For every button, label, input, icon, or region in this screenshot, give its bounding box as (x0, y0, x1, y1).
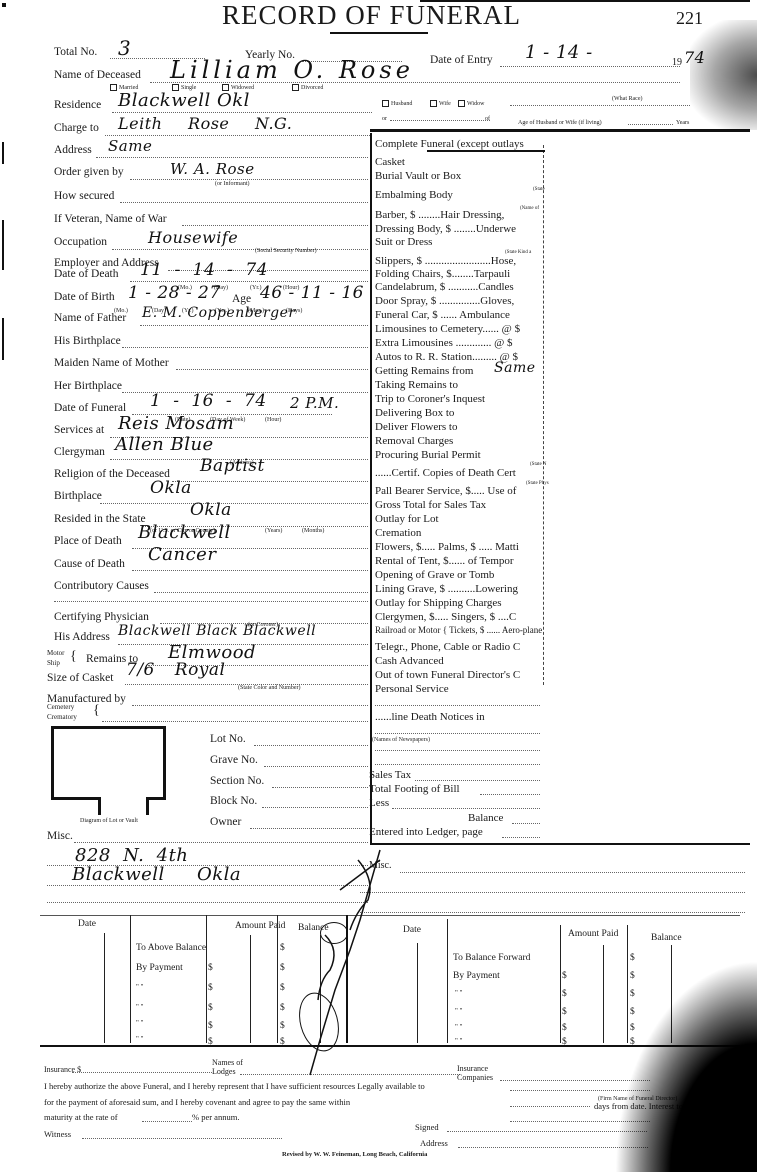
fee-item: Casket (375, 157, 545, 168)
total-no-label: Total No. (54, 47, 97, 59)
residence-value: Blackwell Okl (118, 92, 250, 110)
fee-item: Lining Grave, $ ..........Lowering (375, 584, 545, 595)
total-footing-line (480, 794, 540, 795)
religion-value: Baptist (200, 458, 265, 475)
insurance-line (72, 1072, 212, 1073)
order-given-by-line (130, 179, 368, 180)
cemetery-label: Cemetery (47, 704, 74, 711)
occupation-value: Housewife (148, 230, 238, 246)
grave-no-line (264, 766, 368, 767)
how-secured-label: How secured (54, 191, 114, 203)
names-of-label: Names of (212, 1059, 243, 1067)
services-at-label: Services at (54, 425, 104, 437)
currency: $ (208, 963, 213, 973)
fee-item: Telegr., Phone, Cable or Radio C (375, 642, 545, 653)
birthplace-label: Birthplace (54, 491, 102, 503)
title-underline (330, 32, 428, 34)
revised-by: Revised by W. W. Feineman, Long Beach, C… (282, 1152, 427, 1159)
name-of-father-label: Name of Father (54, 313, 126, 325)
address-line (96, 157, 368, 158)
getting-remains-value: Same (494, 361, 536, 375)
occupation-line (112, 249, 368, 250)
ledger-left-row: To Above Balance (126, 943, 206, 953)
fee-item: Gross Total for Sales Tax (375, 500, 545, 511)
newspapers-note: (Names of Newspapers) (372, 737, 430, 743)
fees-bottom-rule (370, 843, 750, 845)
fee-item: Rental of Tent, $...... of Tempor (375, 556, 545, 567)
contributory-causes-label: Contributory Causes (54, 581, 149, 593)
checkbox-husband[interactable]: Husband (382, 100, 412, 107)
contributory-line-2 (54, 601, 368, 602)
fee-item: Delivering Box to (375, 408, 545, 419)
date-of-entry-label: Date of Entry (430, 55, 493, 67)
fee-item: Out of town Funeral Director's C (375, 670, 545, 681)
brace: { (70, 650, 77, 664)
less-label: Less (369, 798, 389, 809)
lodges-label: Lodges (212, 1068, 236, 1076)
race-line (510, 105, 690, 106)
ssn-note: (Social Security Number) (255, 248, 317, 254)
religion-line (172, 481, 368, 482)
entered-into-ledger-label: Entered into Ledger, page (369, 827, 483, 838)
her-birthplace-label: Her Birthplace (54, 381, 122, 393)
grave-no-label: Grave No. (210, 755, 258, 767)
diagram-caption: Diagram of Lot or Vault (80, 818, 138, 824)
fee-item: Clergymen, $..... Singers, $ ....C (375, 612, 545, 623)
name-of-deceased-value: Lilliam O. Rose (170, 58, 414, 82)
name-of-father-line (140, 325, 368, 326)
date-of-entry-year-prefix: 19 (672, 58, 682, 68)
contributory-line (154, 592, 368, 593)
funeral-sub-hour: (Hour) (265, 417, 281, 423)
fee-item: Taking Remains to (375, 380, 545, 391)
currency: $ (562, 971, 567, 981)
fee-item: Outlay for Shipping Charges (375, 598, 545, 609)
ledger-right-row: To Balance Forward (453, 953, 530, 963)
how-secured-line (120, 202, 368, 203)
fee-item: Slippers, $ ........................Hose… (375, 256, 545, 267)
ledger-left-row: " " (136, 983, 143, 991)
misc-right-line (400, 872, 745, 873)
maiden-name-label: Maiden Name of Mother (54, 358, 169, 370)
ledger-left-row: " " (136, 1019, 143, 1027)
residence-line (112, 112, 372, 113)
fee-item: Limousines to Cemetery...... @ $ (375, 324, 545, 335)
balance-line (512, 823, 540, 824)
lodges-line (240, 1074, 460, 1075)
misc-line1-value: 828 N. 4th (75, 847, 188, 865)
misc-line2-value: Blackwell Okla (72, 866, 241, 884)
balance-label: Balance (468, 813, 503, 824)
owner-line (250, 828, 368, 829)
fee-blank-line (375, 733, 540, 734)
ledger-right-date-split (417, 943, 418, 1043)
lot-diagram-bottom-right (146, 797, 166, 800)
lot-no-line (254, 745, 368, 746)
size-of-casket-value: 7/6 Royal (126, 662, 225, 679)
fee-item: ......line Death Notices in (375, 712, 545, 723)
ledger-right-col-line (447, 919, 448, 1043)
ledger-page-line (502, 837, 540, 838)
fee-note: (State Kind a (505, 250, 531, 255)
date-of-funeral-hour: 2 P.M. (290, 396, 339, 411)
scan-smudge-top (690, 20, 757, 130)
spouse-or: or (382, 116, 387, 122)
fee-note: (State N (530, 462, 547, 467)
resided-sub-years: (Years) (265, 528, 282, 534)
manufactured-by-line (132, 705, 368, 706)
fee-item: Candelabrum, $ ...........Candles (375, 282, 545, 293)
residence-label: Residence (54, 100, 101, 112)
cause-of-death-line (132, 570, 368, 571)
signed-label: Signed (415, 1123, 439, 1132)
fee-item: Procuring Burial Permit (375, 450, 545, 461)
section-no-label: Section No. (210, 776, 264, 788)
birthplace-value: Okla (150, 480, 192, 497)
fee-blank-line (375, 705, 540, 706)
date-of-death-label: Date of Death (54, 269, 119, 281)
ledger-left-row: " " (136, 1003, 143, 1011)
name-of-father-value: E. M. Coppenberger (142, 306, 296, 320)
order-given-by-value: W. A. Rose (170, 162, 255, 177)
top-rule (420, 0, 750, 2)
charge-to-value: Leith Rose N.G. (118, 116, 292, 132)
spouse-or-line (390, 120, 490, 121)
his-address-value: Blackwell Black Blackwell (118, 624, 316, 638)
owner-label: Owner (210, 817, 241, 829)
date-of-funeral-label: Date of Funeral (54, 403, 126, 415)
currency: $ (562, 1023, 567, 1033)
informant-note: (or Informant) (215, 181, 250, 187)
ledger-right-col-line (560, 925, 561, 1043)
place-of-death-value: Blackwell (138, 524, 231, 542)
within-blank (510, 1106, 590, 1107)
what-race-label: (What Race) (612, 96, 642, 102)
veteran-label: If Veteran, Name of War (54, 214, 167, 226)
ledger-right-row: " " (455, 989, 462, 997)
casket-note: (State Color and Number) (238, 685, 300, 691)
fee-item: Flowers, $..... Palms, $ ..... Matti (375, 542, 545, 553)
date-of-entry-value: 1 - 14 - (525, 44, 593, 62)
clergyman-value: Allen Blue (115, 436, 214, 454)
ledger-left-date-header: Date (78, 919, 96, 929)
date-of-funeral-value: 1 - 16 - 74 (150, 393, 267, 410)
address-value: Same (108, 139, 152, 154)
fee-item: Railroad or Motor { Tickets, $ ...... Ae… (375, 626, 545, 635)
sales-tax-label: Sales Tax (369, 770, 411, 781)
maturity-line: maturity at the rate of (44, 1113, 118, 1122)
fee-item: Cash Advanced (375, 656, 545, 667)
percent-per-annum: % per annum. (192, 1113, 239, 1122)
ink-stroke (280, 840, 400, 1080)
ledger-left-col-line (277, 915, 278, 1043)
total-footing-label: Total Footing of Bill (369, 784, 460, 795)
name-of-deceased-label: Name of Deceased (54, 70, 141, 82)
charge-to-line (105, 135, 370, 136)
ledger-left-amount-split (250, 935, 251, 1043)
age-of-spouse-line (628, 124, 673, 125)
fee-blank-line (375, 750, 540, 751)
coroner-note: (or Coroner) (248, 622, 278, 628)
resided-in-state-value: Okla (190, 502, 232, 519)
fee-item: Burial Vault or Box (375, 171, 545, 182)
brace: { (93, 704, 100, 718)
currency: $ (562, 1007, 567, 1017)
ledger-right-row: " " (455, 1037, 462, 1045)
age-of-spouse-label: Age of Husband or Wife (if living) (518, 120, 602, 126)
fee-item: Trip to Coroner's Inquest (375, 394, 545, 405)
fee-item: Cremation (375, 528, 545, 539)
ledger-left-row: " " (136, 1035, 143, 1043)
his-birthplace-label: His Birthplace (54, 336, 121, 348)
fee-item: Opening of Grave or Tomb (375, 570, 545, 581)
resided-sub-months: (Months) (302, 528, 324, 534)
lot-no-label: Lot No. (210, 734, 246, 746)
occupation-label: Occupation (54, 237, 107, 249)
currency: $ (208, 1021, 213, 1031)
rate-blank (142, 1121, 192, 1122)
his-address-label: His Address (54, 632, 110, 644)
maiden-name-line (176, 369, 368, 370)
place-of-death-label: Place of Death (54, 536, 122, 548)
binding-mark (2, 220, 4, 270)
lot-diagram-stub-left (98, 797, 101, 815)
ledger-left-col-line (206, 915, 207, 1043)
lot-diagram-bottom-left (51, 797, 101, 800)
fee-item: Outlay for Lot (375, 514, 545, 525)
date-of-birth-value: 1 - 28 - 27 (128, 285, 221, 302)
lot-diagram (51, 726, 166, 800)
witness-line (82, 1138, 282, 1139)
currency: $ (208, 983, 213, 993)
date-of-death-line (130, 281, 368, 282)
ledger-left-col-line (130, 915, 131, 1043)
fee-item: Funeral Car, $ ...... Ambulance (375, 310, 545, 321)
payment-line: for the payment of aforesaid sum, and I … (44, 1098, 350, 1107)
size-of-casket-label: Size of Casket (47, 673, 113, 685)
charge-to-label: Charge to (54, 123, 99, 135)
section-no-line (272, 787, 368, 788)
currency: $ (208, 1003, 213, 1013)
age-value: 46 - 11 - 16 (260, 285, 364, 302)
spouse-of: of (485, 116, 490, 122)
date-of-death-value: 11 - 14 - 74 (140, 262, 268, 279)
years-label: Years (676, 120, 689, 126)
fee-item: Dressing Body, $ ........Underwe (375, 224, 545, 235)
ledger-left-date-split (104, 933, 105, 1043)
block-no-line (262, 807, 368, 808)
address-label-footer: Address (420, 1139, 448, 1148)
fee-item: Embalming Body (375, 190, 545, 201)
ship-label: Ship (47, 660, 60, 667)
witness-label: Witness (44, 1130, 71, 1139)
resided-in-state-label: Resided in the State (54, 514, 146, 526)
his-birthplace-line (122, 347, 368, 348)
fee-item: Door Spray, $ ...............Gloves, (375, 296, 545, 307)
fee-item: Suit or Dress (375, 237, 545, 248)
fee-item: Complete Funeral (except outlays (375, 139, 545, 150)
binding-mark (2, 318, 4, 360)
fee-item: Personal Service (375, 684, 545, 695)
fee-item: Barber, $ ........Hair Dressing, (375, 210, 545, 221)
scan-smudge-bottom (600, 880, 757, 1172)
fee-item: Extra Limousines ............. @ $ (375, 338, 545, 349)
checkbox-wife[interactable]: Wife (430, 100, 451, 107)
currency: $ (562, 989, 567, 999)
fee-item: Folding Chairs, $........Tarpauli (375, 269, 545, 280)
misc-label: Misc. (47, 831, 73, 843)
date-of-birth-label: Date of Birth (54, 292, 115, 304)
ledger-left-row: By Payment (126, 963, 183, 973)
veteran-line (182, 225, 368, 226)
birthplace-line (100, 503, 368, 504)
cause-of-death-label: Cause of Death (54, 559, 125, 571)
fees-top-underline (427, 150, 545, 152)
sales-tax-line (415, 780, 540, 781)
ledger-right-date-header: Date (403, 925, 421, 935)
checkbox-divorced[interactable]: Divorced (292, 84, 323, 91)
cemetery-line (102, 721, 368, 722)
less-line (392, 808, 540, 809)
fee-item: Removal Charges (375, 436, 545, 447)
binding-mark (2, 3, 6, 7)
certifying-physician-label: Certifying Physician (54, 612, 149, 624)
address-label: Address (54, 145, 92, 157)
block-no-label: Block No. (210, 796, 257, 808)
fee-item: Deliver Flowers to (375, 422, 545, 433)
clergyman-label: Clergyman (54, 447, 105, 459)
date-of-entry-line (500, 66, 680, 67)
ledger-right-row: " " (455, 1007, 462, 1015)
total-no-value: 3 (118, 38, 131, 58)
crematory-label: Crematory (47, 714, 77, 721)
insurance-companies-label-1: Insurance (457, 1065, 488, 1073)
fee-blank-line (375, 764, 540, 765)
services-at-value: Reis Mosam (118, 415, 234, 433)
cause-of-death-value: Cancer (148, 546, 216, 564)
insurance-companies-label-2: Companies (457, 1074, 493, 1082)
order-given-by-label: Order given by (54, 167, 124, 179)
authorize-line: I hereby authorize the above Funeral, an… (44, 1082, 425, 1091)
binding-mark (2, 142, 4, 164)
lot-diagram-stub-right (146, 797, 149, 815)
checkbox-widow[interactable]: Widow (458, 100, 484, 107)
ledger-right-row: By Payment (453, 971, 500, 981)
fee-item: ......Certif. Copies of Death Cert (375, 468, 545, 479)
age-label: Age (232, 294, 251, 306)
page-title: RECORD OF FUNERAL (222, 2, 521, 29)
fee-item: Pall Bearer Service, $..... Use of (375, 486, 545, 497)
motor-label: Motor (47, 650, 65, 657)
ledger-right-row: " " (455, 1023, 462, 1031)
